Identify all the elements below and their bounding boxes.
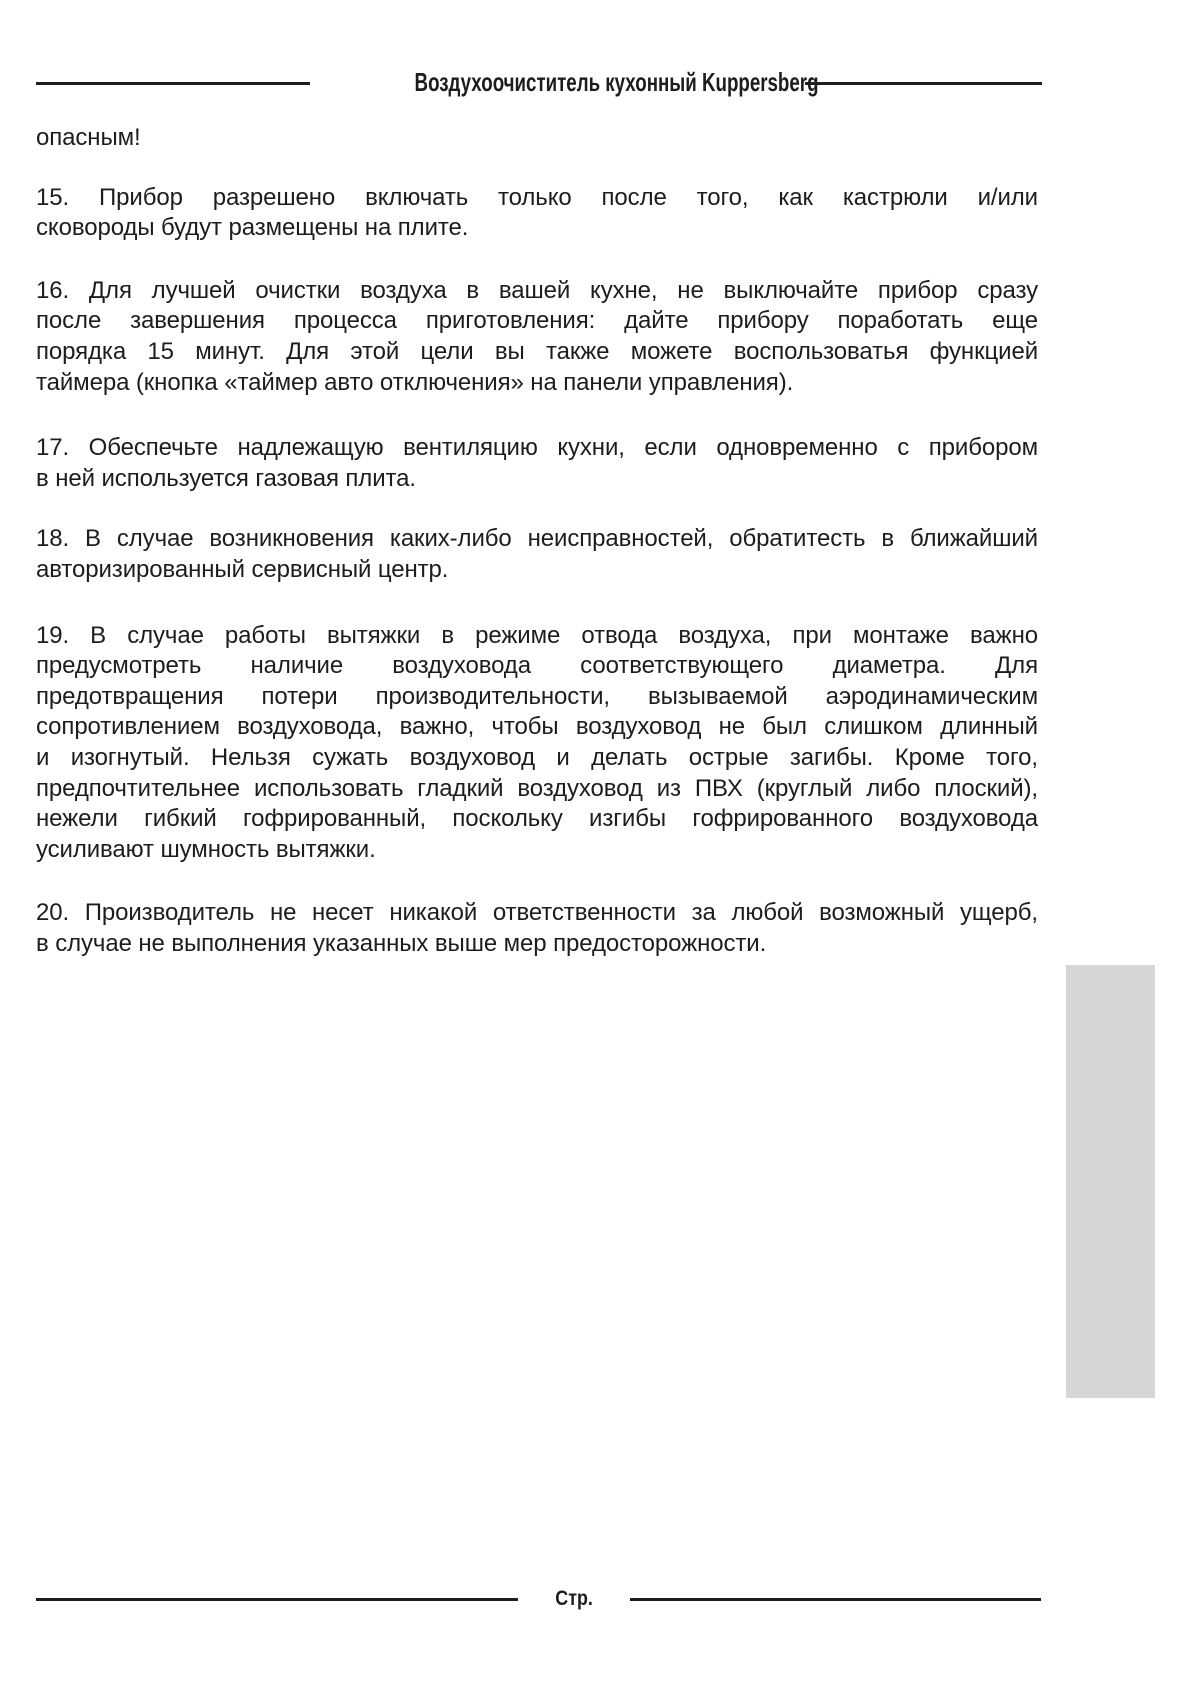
footer-page-label-text: Стр.	[555, 1585, 593, 1613]
text-line: усиливают шумность вытяжки.	[36, 835, 1038, 866]
page-title-text: Воздухоочиститель кухонный Kuppersberg	[415, 66, 819, 98]
paragraph-20: 20. Производитель не несет никакой ответ…	[36, 898, 1038, 959]
text-line: 18. В случае возникновения каких-либо не…	[36, 524, 1038, 555]
content-placeholder-block	[1066, 965, 1155, 1398]
text-line: в ней используется газовая плита.	[36, 464, 1038, 495]
text-line: предпочтительнее использовать гладкий во…	[36, 774, 1038, 805]
text-line: таймера (кнопка «таймер авто отключения»…	[36, 368, 1038, 399]
document-page: Воздухоочиститель кухонный Kuppersberg о…	[0, 0, 1191, 1684]
footer-page-label: Стр.	[518, 1585, 630, 1613]
text-line: 16. Для лучшей очистки воздуха в вашей к…	[36, 276, 1038, 307]
text-line: сопротивлением воздуховода, важно, чтобы…	[36, 712, 1038, 743]
paragraph-19: 19. В случае работы вытяжки в режиме отв…	[36, 621, 1038, 866]
text-line: авторизированный сервисный центр.	[36, 555, 1038, 586]
text-line: нежели гибкий гофрированный, поскольку и…	[36, 804, 1038, 835]
paragraph-17: 17. Обеспечьте надлежащую вентиляцию кух…	[36, 433, 1038, 494]
text-line: 19. В случае работы вытяжки в режиме отв…	[36, 621, 1038, 652]
paragraph-15: 15. Прибор разрешено включать только пос…	[36, 183, 1038, 244]
text-line: предусмотреть наличие воздуховода соотве…	[36, 651, 1038, 682]
text-line: предотвращения потери производительности…	[36, 682, 1038, 713]
text-line: порядка 15 минут. Для этой цели вы также…	[36, 337, 1038, 368]
text-line: и изогнутый. Нельзя сужать воздуховод и …	[36, 743, 1038, 774]
text-line: 17. Обеспечьте надлежащую вентиляцию кух…	[36, 433, 1038, 464]
paragraph-16: 16. Для лучшей очистки воздуха в вашей к…	[36, 276, 1038, 398]
header-rule-right	[805, 82, 1042, 85]
footer-rule-right	[630, 1598, 1041, 1601]
page-title: Воздухоочиститель кухонный Kuppersberg	[336, 66, 780, 98]
text-line: 20. Производитель не несет никакой ответ…	[36, 898, 1038, 929]
paragraph-18: 18. В случае возникновения каких-либо не…	[36, 524, 1038, 585]
footer-rule-left	[36, 1598, 518, 1601]
intro-line: опасным!	[36, 123, 1038, 154]
document-body: опасным! 15. Прибор разрешено включать т…	[36, 123, 1038, 959]
text-line: сковороды будут размещены на плите.	[36, 213, 1038, 244]
text-line: 15. Прибор разрешено включать только пос…	[36, 183, 1038, 214]
header-rule-left	[36, 82, 310, 85]
text-line: в случае не выполнения указанных выше ме…	[36, 929, 1038, 960]
text-line: после завершения процесса приготовления:…	[36, 306, 1038, 337]
